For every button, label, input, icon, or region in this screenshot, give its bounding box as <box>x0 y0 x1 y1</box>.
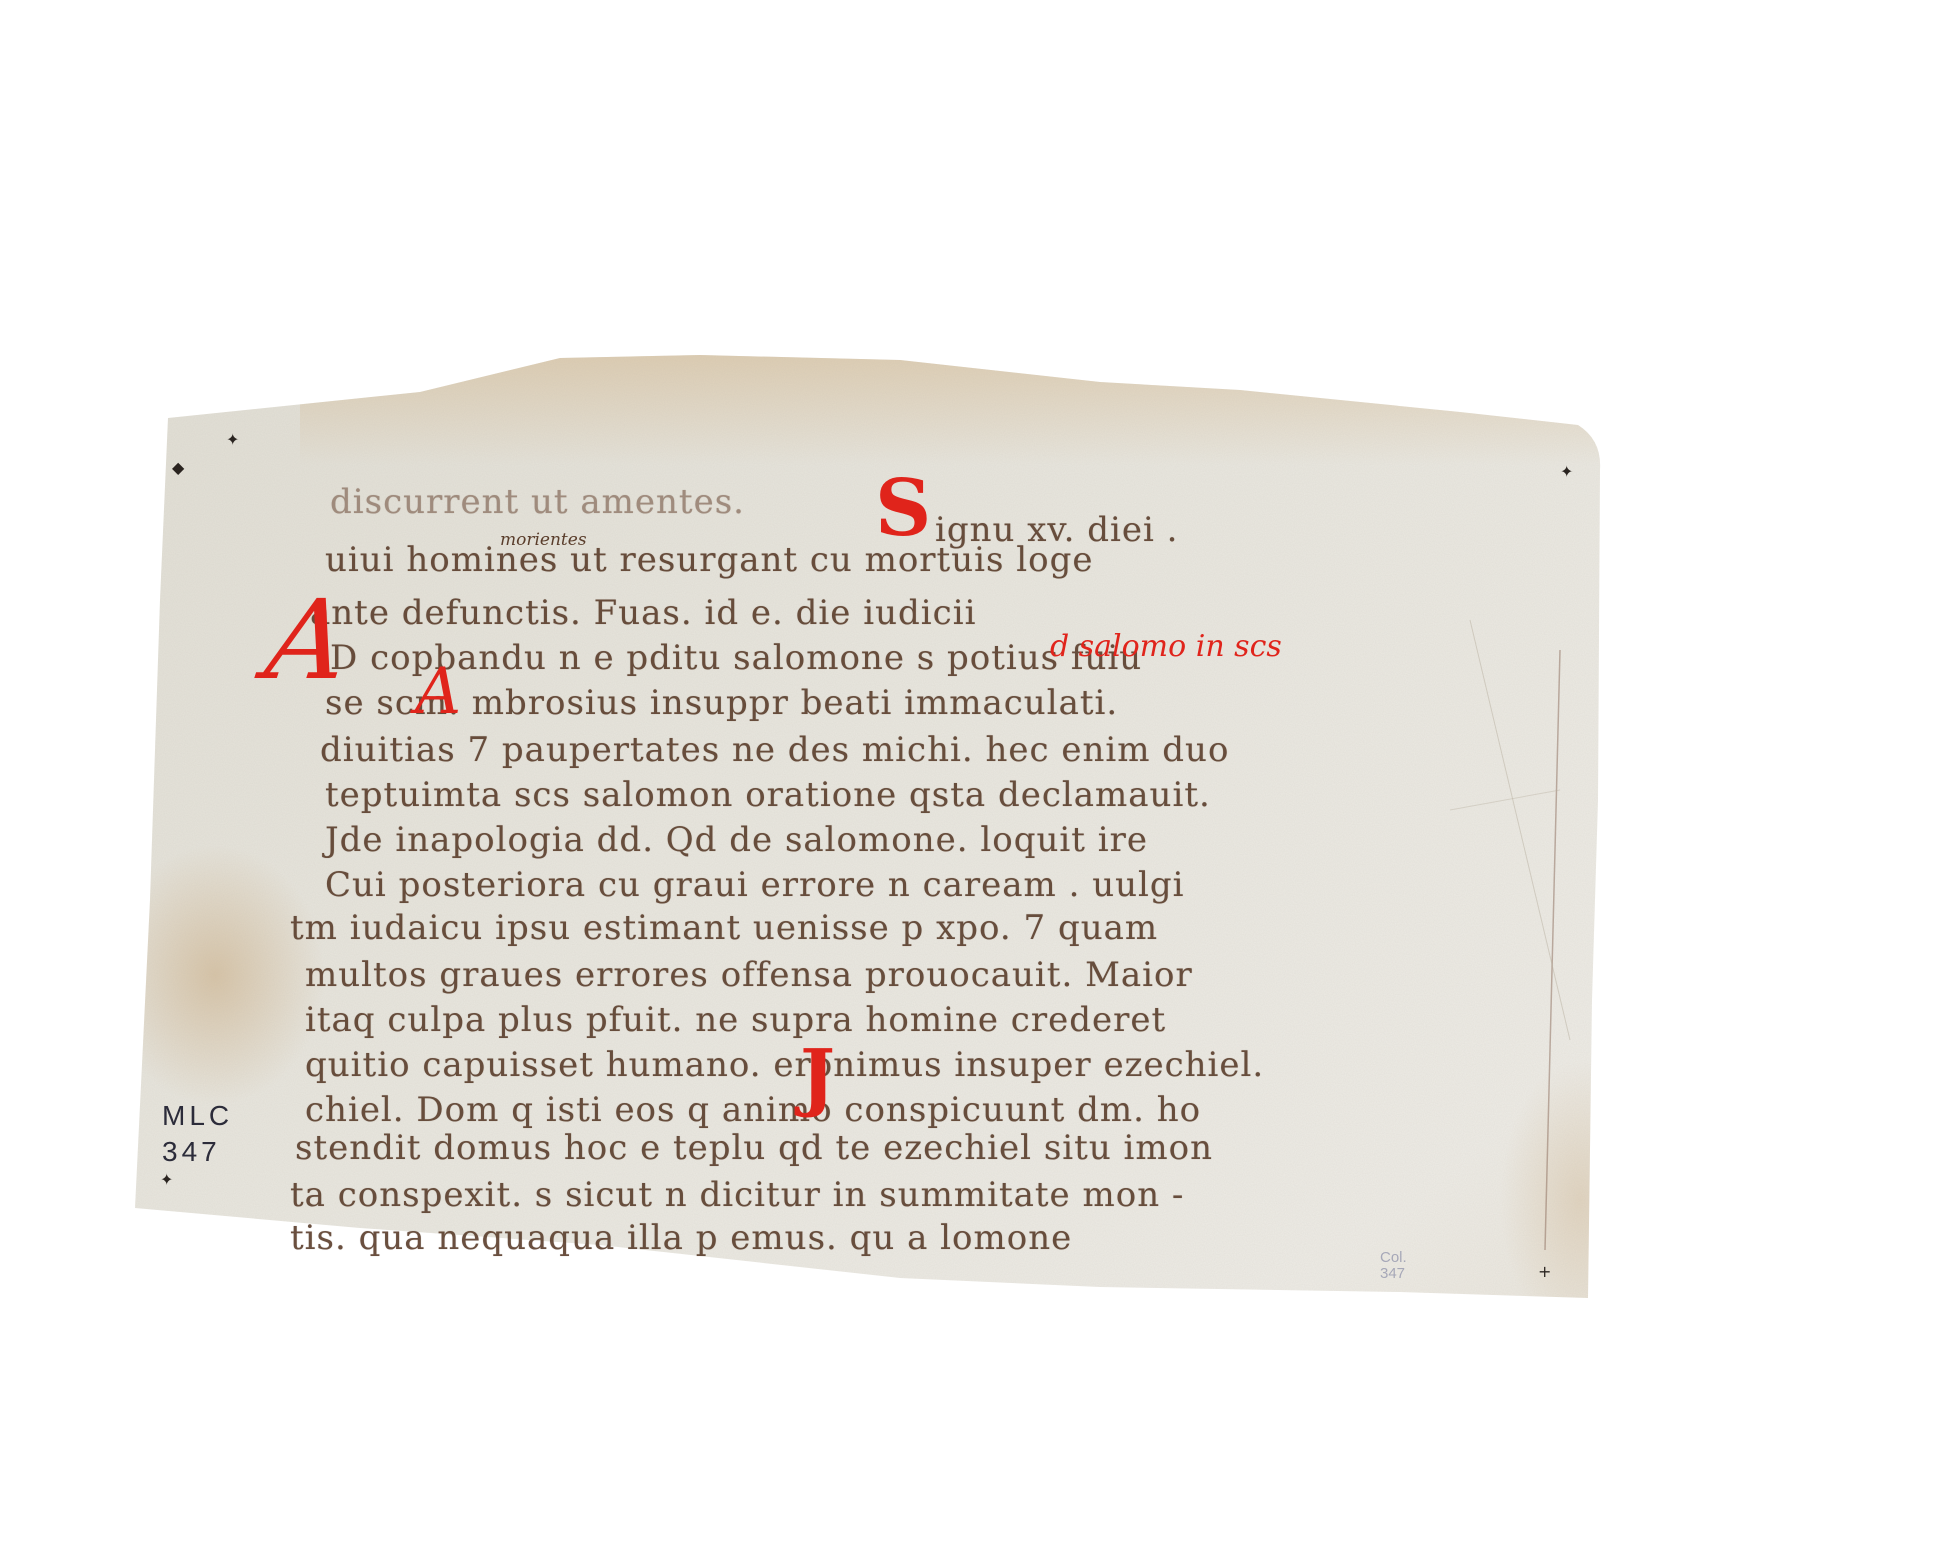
text-line-6: diuitias 7 paupertates ne des michi. hec… <box>320 730 1229 770</box>
red-initial-j: J <box>800 1040 835 1114</box>
shelfmark-collection: MLC <box>162 1098 233 1134</box>
text-line-10: tm iudaicu ipsu estimant uenisse p xpo. … <box>290 908 1158 948</box>
pin-hole-top-right: ✦ <box>1560 462 1573 481</box>
text-line-15: stendit domus hoc e teplu qd te ezechiel… <box>295 1128 1213 1168</box>
pin-hole-top-left: ✦ <box>226 430 239 449</box>
text-line-9: Cui posteriora cu graui errore n caream … <box>325 865 1185 905</box>
manuscript-leaf: ✦ ◆ ✦ ✦ + discurrent ut amentes. morient… <box>0 0 1946 1553</box>
text-line-11: multos graues errores offensa prouocauit… <box>305 955 1193 995</box>
text-line-12: itaq culpa plus pfuit. ne supra homine c… <box>305 1000 1166 1040</box>
shelfmark-number: 347 <box>162 1134 233 1170</box>
shelfmark: MLC 347 <box>162 1098 233 1170</box>
pencil-note: Col. 347 <box>1380 1250 1407 1282</box>
text-line-7: teptuimta scs salomon oratione qsta decl… <box>325 775 1211 815</box>
pin-hole-bottom-left: ✦ <box>160 1170 173 1189</box>
red-initial-s: S <box>875 470 931 548</box>
text-line-1: discurrent ut amentes. <box>330 482 745 522</box>
pin-hole-bottom-right: + <box>1538 1262 1551 1281</box>
red-margin-note: d salomo in scs <box>1050 632 1282 662</box>
text-line-14: chiel. Dom q isti eos q animo conspicuun… <box>305 1090 1201 1130</box>
text-line-3: ante defunctis. Fuas. id e. die iudicii <box>310 593 976 633</box>
text-line-8: Jde inapologia dd. Qd de salomone. loqui… <box>325 820 1148 860</box>
text-line-13: quitio capuisset humano. eronimus insupe… <box>305 1045 1264 1085</box>
pin-hole-left: ◆ <box>172 458 184 477</box>
text-line-17: tis. qua nequaqua illa p emus. qu a lomo… <box>290 1218 1072 1258</box>
text-line-16: ta conspexit. s sicut n dicitur in summi… <box>290 1175 1184 1215</box>
signum-heading: ignu xv. diei . <box>935 510 1178 550</box>
red-initial-a-large: A <box>260 585 355 695</box>
red-initial-a-small: A <box>415 660 461 724</box>
